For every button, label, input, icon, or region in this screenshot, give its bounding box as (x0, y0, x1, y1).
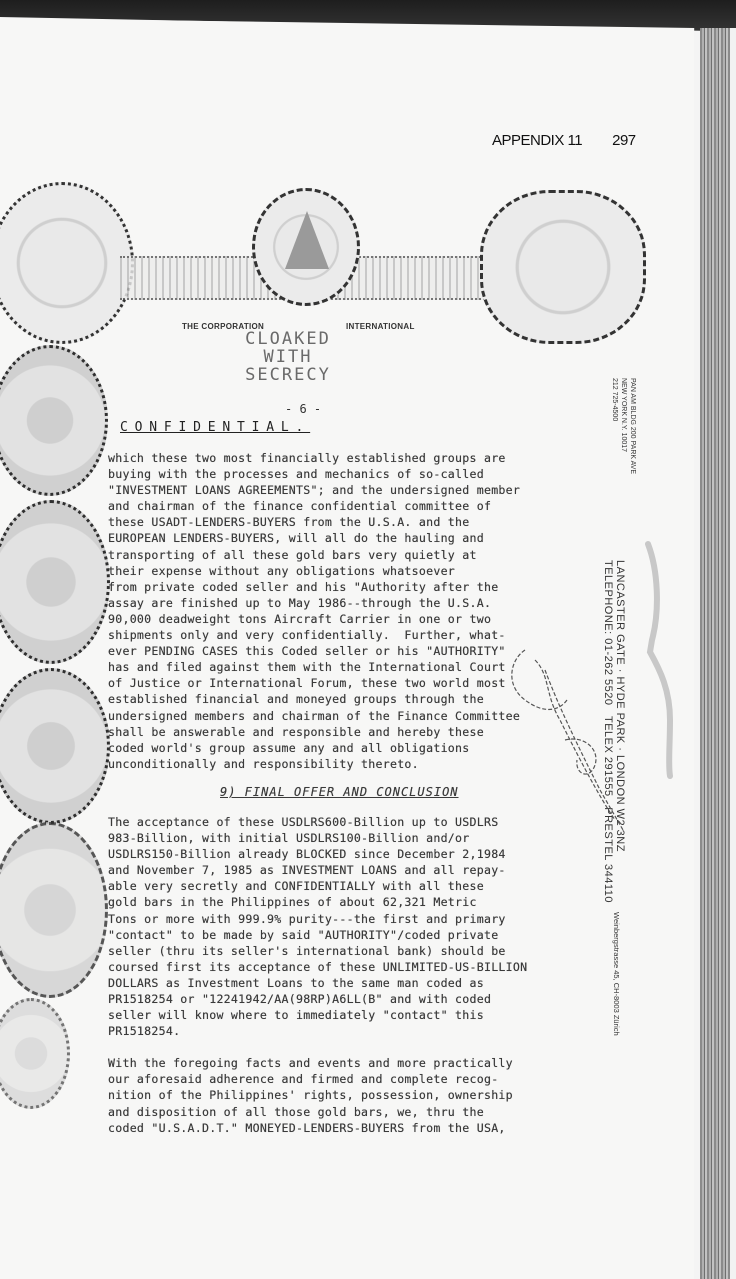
text-line: our aforesaid adherence and firmed and c… (108, 1071, 608, 1087)
text-line: PR1518254. (108, 1023, 608, 1039)
signature-icon (505, 640, 630, 840)
pen-mark-icon (640, 540, 680, 780)
zurich-address: Weinbergstrasse 45, CH-8003 Zürich (612, 912, 621, 1036)
text-line: assay are finished up to May 1986--throu… (108, 595, 608, 611)
text-line: seller will know where to immediately "c… (108, 1007, 608, 1023)
pyramid-icon (285, 211, 329, 269)
confidential-heading: CONFIDENTIAL. (120, 420, 310, 435)
text-line: nition of the Philippines' rights, posse… (108, 1087, 608, 1103)
text-line: and chairman of the finance confidential… (108, 498, 608, 514)
text-line: transporting of all these gold bars very… (108, 547, 608, 563)
text-line: DOLLARS as Investment Loans to the same … (108, 975, 608, 991)
text-line: from private coded seller and his "Autho… (108, 579, 608, 595)
pyramid-seal-icon (252, 188, 360, 306)
text-line: gold bars in the Philippines of about 62… (108, 894, 608, 910)
text-line: "contact" to be made by said "AUTHORITY"… (108, 927, 608, 943)
page-number: 297 (612, 132, 636, 149)
text-line: coursed first its acceptance of these UN… (108, 959, 608, 975)
text-line: USDLRS150-Billion already BLOCKED since … (108, 846, 608, 862)
new-york-address: PAN AM BLDG 200 PARK AVE NEW YORK N.Y. 1… (610, 378, 637, 474)
text-line: which these two most financially establi… (108, 450, 608, 466)
text-line: buying with the processes and mechanics … (108, 466, 608, 482)
text-line: "INVESTMENT LOANS AGREEMENTS"; and the u… (108, 482, 608, 498)
page-marker: - 6 - (285, 402, 321, 416)
paragraph: The acceptance of these USDLRS600-Billio… (108, 814, 608, 1039)
international-label: INTERNATIONAL (346, 322, 415, 331)
appendix-label: APPENDIX 11 (492, 132, 582, 149)
paragraph: With the foregoing facts and events and … (108, 1055, 608, 1135)
running-head: APPENDIX 11297 (492, 132, 636, 149)
text-line: seller (thru its seller's international … (108, 943, 608, 959)
text-line: able very secretly and CONFIDENTIALLY wi… (108, 878, 608, 894)
text-line: Tons or more with 999.9% purity---the fi… (108, 911, 608, 927)
text-line: these USADT-LENDERS-BUYERS from the U.S.… (108, 514, 608, 530)
text-line: PR1518254 or "12241942/AA(98RP)A6LL(B" a… (108, 991, 608, 1007)
text-line: and November 7, 1985 as INVESTMENT LOANS… (108, 862, 608, 878)
text-line: EUROPEAN LENDERS-BUYERS, will all do the… (108, 530, 608, 546)
text-line: their expense without any obligations wh… (108, 563, 608, 579)
text-line: With the foregoing facts and events and … (108, 1055, 608, 1071)
motto: CLOAKED WITH SECRECY (228, 330, 348, 384)
letterhead: THE CORPORATION INTERNATIONAL (0, 180, 680, 350)
book-spine-edge (700, 28, 736, 1279)
crest-emblem-icon (480, 190, 646, 344)
text-line: coded "U.S.A.D.T." MONEYED-LENDERS-BUYER… (108, 1120, 608, 1136)
seal-emblem-icon (0, 182, 134, 344)
text-line: 90,000 deadweight tons Aircraft Carrier … (108, 611, 608, 627)
text-line: and disposition of all those gold bars, … (108, 1104, 608, 1120)
